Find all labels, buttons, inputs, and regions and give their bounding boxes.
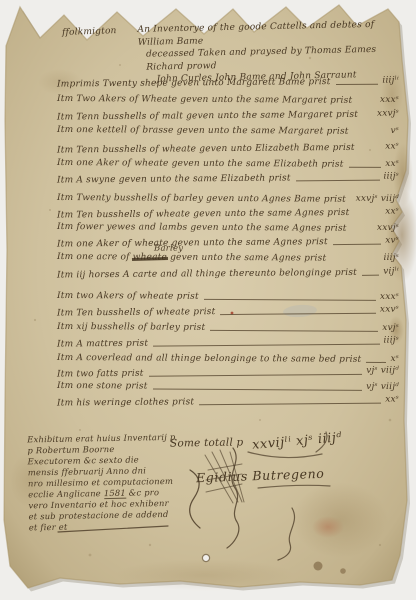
line-text: Itm one acre of wheate geven unto the sa… — [57, 252, 326, 265]
inventory-line: Itm Twenty busshells of barley geven unt… — [57, 192, 399, 206]
leader-rule — [296, 180, 380, 182]
leader-rule — [149, 374, 363, 377]
inventory-line: Itm A coverlead and all thinge belonging… — [57, 352, 399, 366]
leader-rule — [199, 403, 381, 406]
line-amount: vˢ — [390, 126, 399, 137]
inventory-line: Itm one stone pristvjˢ viijᵈ — [57, 380, 399, 394]
paper-hole — [202, 554, 209, 561]
leader-rule — [333, 244, 381, 245]
bottom-edge-stain — [115, 559, 295, 591]
leader-rule — [362, 275, 379, 276]
line-amount: xxˢ — [385, 207, 399, 218]
ink-spot — [340, 568, 346, 574]
line-amount: iiijˢ — [383, 253, 399, 264]
line-amount: iiijˢ — [383, 336, 399, 347]
probate-text: &c pro — [126, 487, 159, 498]
line-text: Itm Ten busshells of wheate prist — [57, 307, 215, 319]
inventory-line-with-correction: Itm one acre of wheate geven unto the sa… — [57, 251, 399, 265]
inventory-line: Itm Two Akers of Wheate geven unto the s… — [57, 93, 399, 107]
line-text: Itm xij busshells of barley prist — [57, 322, 205, 334]
line-amount: xxˢ — [385, 159, 399, 170]
probate-clause: Exhibitum erat huius Inventarij p p Robe… — [27, 432, 189, 534]
line-amount: xxˢ — [385, 142, 399, 153]
line-amount: xxxˢ — [380, 292, 399, 303]
line-text: Itm two Akers of wheate prist — [57, 291, 199, 303]
line-amount: iiijˢ — [383, 172, 399, 183]
inventory-line: Itm xij busshells of barley pristxvjˢ — [57, 321, 399, 335]
line-text: Itm his weringe clothes prist — [57, 397, 194, 409]
leader-rule — [220, 313, 376, 315]
line-text: Itm A swyne geven unto the same Elizabet… — [57, 173, 291, 186]
leader-rule — [210, 330, 378, 332]
line-amount: xvˢ — [385, 236, 399, 247]
line-text: Itm two fatts prist — [57, 369, 144, 381]
line-amount: xxvjˢ — [377, 109, 399, 120]
line-text: Itm fower yewes and lambs geven unto the… — [57, 222, 347, 235]
inventory-line: Itm fower yewes and lambs geven unto the… — [57, 221, 399, 235]
line-amount: xvjˢ — [382, 323, 399, 334]
line-amount: iiijˡⁱ — [382, 76, 399, 87]
probate-text: ecclie Anglicane — [28, 488, 104, 499]
sum-total-label: Some totall p — [170, 436, 244, 449]
line-amount: xxˢ — [385, 395, 399, 406]
leader-rule — [204, 299, 376, 301]
line-text: Itm one Aker of wheate geven unto the sa… — [57, 158, 344, 171]
line-amount: vjˢ viijᵈ — [366, 366, 399, 377]
line-amount: xxvˢ — [380, 305, 399, 316]
line-text: Itm Twenty busshells of barley geven unt… — [57, 193, 346, 206]
line-text: Itm A coverlead and all thinge belonging… — [57, 353, 361, 366]
line-amount: xˢ — [390, 354, 399, 365]
inventory-line: Itm one kettell of brasse geven unto the… — [57, 124, 399, 138]
line-amount: xxvjˢ — [377, 223, 399, 234]
line-amount: xxvjˢ viijᵈ — [356, 194, 399, 205]
marginal-place-note: ffolkmigton — [62, 26, 117, 38]
ink-spot — [314, 562, 323, 571]
manuscript-scan: ffolkmigton An Inventorye of the goode C… — [0, 0, 416, 600]
interlined-word: Barley — [154, 244, 183, 255]
line-amount: xxxˢ — [380, 95, 399, 106]
leader-rule — [336, 84, 379, 85]
leader-rule — [153, 389, 363, 391]
text-after-strike: geven unto the same Agnes prist — [167, 253, 326, 264]
leader-rule — [349, 167, 382, 168]
line-text: Itm A mattres prist — [57, 339, 148, 351]
line-amount: vijˡⁱ — [383, 267, 399, 278]
inventory-line: Itm two Akers of wheate pristxxxˢ — [57, 290, 399, 304]
leader-rule — [366, 362, 386, 363]
line-text: Itm Two Akers of Wheate geven unto the s… — [57, 94, 352, 107]
red-stain — [312, 516, 344, 538]
line-text: Itm one stone prist — [57, 381, 148, 393]
line-text: Itm one kettell of brasse geven unto the… — [57, 125, 349, 138]
leader-rule — [153, 344, 379, 347]
underlined-year: 1581 — [104, 488, 126, 499]
inventory-line: Itm one Aker of wheate geven unto the sa… — [57, 157, 399, 171]
text-before-strike: Itm one acre of — [57, 252, 133, 262]
line-amount: vjˢ viijᵈ — [366, 382, 399, 393]
